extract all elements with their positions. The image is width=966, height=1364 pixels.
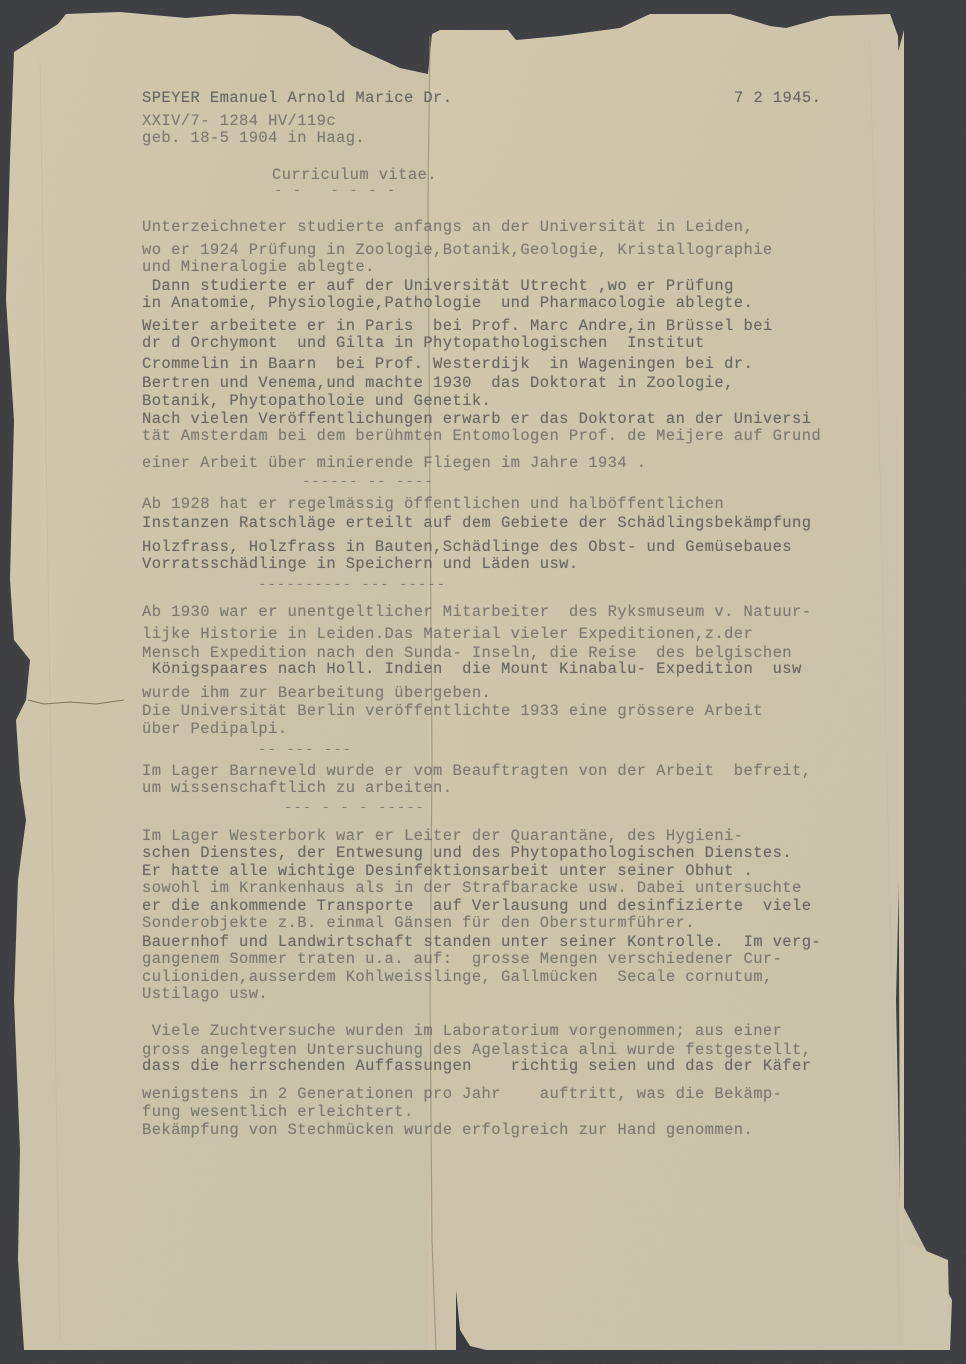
para1-line5: in Anatomie, Physiologie,Pathologie und …	[142, 294, 753, 312]
header-name: SPEYER Emanuel Arnold Marice Dr.	[142, 89, 452, 107]
para6-line1: Viele Zuchtversuche wurden im Laboratori…	[142, 1022, 782, 1040]
para5-line9: culioniden,ausserdem Kohlweisslinge, Gal…	[142, 968, 773, 986]
header-birth: geb. 18-5 1904 in Haag.	[142, 129, 365, 147]
separator-1: ------ -- ----	[302, 474, 434, 490]
para2-line4: Vorratsschädlinge in Speichern und Läden…	[142, 555, 579, 573]
para1-line9: Bertren und Venema,und machte 1930 das D…	[142, 374, 734, 392]
para2-line1: Ab 1928 hat er regelmässig öffentlichen …	[142, 495, 724, 513]
para2-line2: Instanzen Ratschläge erteilt auf dem Geb…	[142, 514, 811, 532]
separator-3: -- --- ---	[258, 742, 352, 758]
para5-line5: er die ankommende Transporte auf Verlaus…	[142, 897, 811, 915]
para5-line1: Im Lager Westerbork war er Leiter der Qu…	[142, 827, 744, 845]
para1-line3: und Mineralogie ablegte.	[142, 258, 375, 276]
para3-line2: lijke Historie in Leiden.Das Material vi…	[142, 625, 753, 643]
header-date: 7 2 1945.	[734, 89, 821, 107]
para6-line3: dass die herrschenden Auffassungen richt…	[142, 1057, 811, 1075]
title-underline: - - - - - -	[274, 183, 396, 199]
para2-line3: Holzfrass, Holzfrass in Bauten,Schädling…	[142, 538, 792, 556]
para5-line3: Er hatte alle wichtige Desinfektionsarbe…	[142, 862, 753, 880]
para5-line4: sowohl im Krankenhaus als in der Strafba…	[142, 879, 802, 897]
para4-line2: um wissenschaftlich zu arbeiten.	[142, 779, 452, 797]
para1-line7: dr d Orchymont und Gilta in Phytopatholo…	[142, 334, 705, 352]
para5-line7: Bauernhof und Landwirtschaft standen unt…	[142, 933, 821, 951]
para3-line4: Königspaares nach Holl. Indien die Mount…	[142, 660, 802, 678]
para1-line8: Crommelin in Baarn bei Prof. Westerdijk …	[142, 355, 753, 373]
para1-line4: Dann studierte er auf der Universität Ut…	[142, 277, 734, 295]
para4-line1: Im Lager Barneveld wurde er vom Beauftra…	[142, 762, 811, 780]
para3-line7: über Pedipalpi.	[142, 720, 288, 738]
para3-line1: Ab 1930 war er unentgeltlicher Mitarbeit…	[142, 603, 811, 621]
para1-line10: Botanik, Phytopatholoie und Genetik.	[142, 392, 491, 410]
document-title: Curriculum vitae.	[272, 166, 437, 184]
separator-4: --- - - - -----	[284, 800, 425, 816]
para1-line2: wo er 1924 Prüfung in Zoologie,Botanik,G…	[142, 241, 773, 259]
para6-line4: wenigstens in 2 Generationen pro Jahr au…	[142, 1085, 782, 1103]
para5-line10: Ustilago usw.	[142, 985, 268, 1003]
para6-line5: fung wesentlich erleichtert.	[142, 1103, 414, 1121]
para1-line6: Weiter arbeitete er in Paris bei Prof. M…	[142, 317, 773, 335]
para1-line1: Unterzeichneter studierte anfangs an der…	[142, 218, 753, 236]
para1-line12: tät Amsterdam bei dem berühmten Entomolo…	[142, 427, 821, 445]
para6-line6: Bekämpfung von Stechmücken wurde erfolgr…	[142, 1121, 753, 1139]
para1-line13: einer Arbeit über minierende Fliegen im …	[142, 454, 646, 472]
para1-line11: Nach vielen Veröffentlichungen erwarb er…	[142, 410, 811, 428]
header-reference: XXIV/7- 1284 HV/119c	[142, 112, 336, 130]
para5-line2: schen Dienstes, der Entwesung und des Ph…	[142, 844, 792, 862]
para5-line6: Sonderobjekte z.B. einmal Gänsen für den…	[142, 914, 695, 932]
separator-2: ---------- --- -----	[258, 577, 446, 593]
para3-line5: wurde ihm zur Bearbeitung übergeben.	[142, 684, 491, 702]
para5-line8: gangenem Sommer traten u.a. auf: grosse …	[142, 950, 782, 968]
typewritten-text: SPEYER Emanuel Arnold Marice Dr. 7 2 194…	[0, 0, 966, 1364]
para3-line6: Die Universität Berlin veröffentlichte 1…	[142, 702, 763, 720]
